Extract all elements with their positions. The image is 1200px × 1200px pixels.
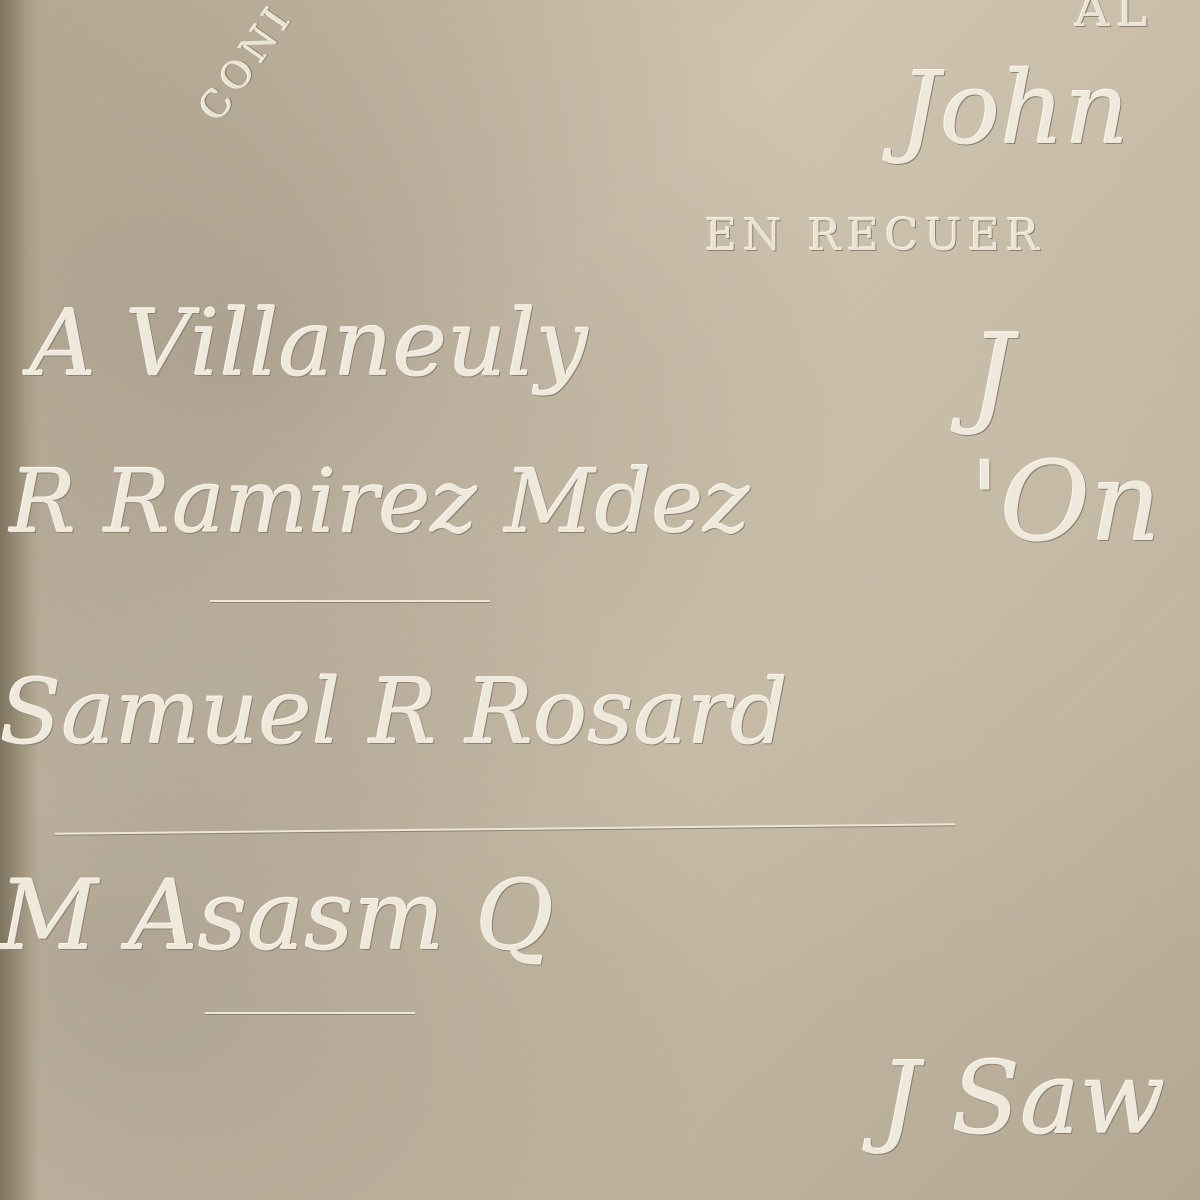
signature-3: R Ramirez Mdez — [10, 450, 750, 553]
engraved-caps-top-right: AL — [1075, 0, 1154, 38]
signature-4-underline — [55, 823, 955, 834]
signature-2: J 'On — [970, 310, 1200, 566]
signature-1: A Villaneuly — [30, 290, 588, 397]
signature-4: Samuel R Rosard — [0, 660, 788, 765]
engraved-name-john: John — [900, 50, 1129, 167]
plate-edge — [0, 0, 40, 1200]
signature-6: J Saw — [880, 1040, 1166, 1157]
signature-5-underline — [205, 1012, 415, 1014]
engraved-caps-en-recuer: EN RECUER — [705, 210, 1045, 261]
signature-5: M Asasm Q — [0, 860, 554, 972]
signature-3-underline — [210, 600, 490, 602]
engraved-arc-text: CONI — [190, 0, 302, 129]
